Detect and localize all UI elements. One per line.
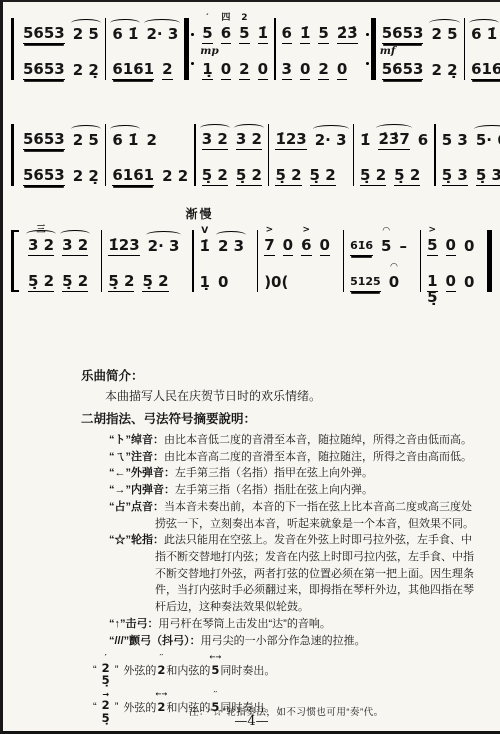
- repeat-dot: [191, 62, 194, 65]
- measure: 61̇52̇3̇3020: [276, 18, 364, 80]
- note-group: 5: [318, 26, 328, 44]
- note-ornament: 四: [221, 14, 230, 23]
- measure: 6 1̇261612 2: [465, 18, 500, 80]
- note-group: 1̇: [300, 26, 310, 44]
- note-group: 7>: [264, 238, 274, 256]
- note-group: 0: [337, 62, 347, 80]
- fraction-top: 2: [102, 699, 110, 711]
- intro-section: 乐曲简介： 本曲描写人民在庆贺节日时的欢乐情绪。: [81, 366, 470, 404]
- quote-close: ”: [115, 662, 119, 679]
- note-group: 6 1̇: [471, 27, 497, 44]
- top-voice: 56532 5: [382, 20, 458, 44]
- music-system: 3 2三3 25̣ 25̣ 21̇232· 35̣ 25̣ 2渐慢1̇V2 31…: [11, 230, 492, 292]
- note-group: 6161: [471, 62, 500, 80]
- barline-final: [489, 230, 493, 292]
- note-group: 2 2: [162, 169, 188, 186]
- legend-item-label: “↑”击弓：: [109, 618, 159, 630]
- note-group: 5653: [382, 26, 424, 44]
- music-system: 56532 556532 2̣6 1̇2· 361612mp5′6四521̇1̣…: [11, 18, 492, 80]
- legend-item-waitan: “←”外弹音：左手第三指（名指）指甲在弦上向外弹。: [109, 465, 478, 482]
- music-notation: 56532 556532 2̣6 1̇2· 361612mp5′6四521̇1̣…: [11, 18, 492, 336]
- note-group: 3 2: [62, 238, 88, 256]
- note-group: 6四: [221, 26, 231, 44]
- note-group: 3 2: [236, 132, 262, 150]
- note-group: 5653: [23, 168, 65, 186]
- slur: [110, 125, 140, 133]
- top-voice: 6 1̇2: [471, 20, 500, 44]
- note-group: 2 2̣: [73, 63, 99, 80]
- page-number: —4—: [3, 714, 500, 729]
- bottom-voice: 56532 2̣: [382, 56, 458, 80]
- note-group: 2 5: [73, 133, 99, 150]
- note-group: 5̣ 2: [360, 168, 386, 186]
- bottom-voice: 5̣ 25̣ 2: [28, 268, 95, 292]
- slur: [71, 125, 101, 133]
- note-group: 3 2三: [28, 238, 54, 256]
- note-group: 2 5: [73, 27, 99, 44]
- note-group: 0: [446, 238, 456, 256]
- note-group: 1̇23: [275, 132, 306, 150]
- note-group: 5>: [427, 238, 437, 256]
- note-group: 2: [162, 62, 172, 80]
- note-group: 5653: [382, 62, 424, 80]
- note-group: 5̣ 3: [442, 168, 468, 186]
- note-group: 5653: [23, 62, 65, 80]
- legend-item-desc: 当本音未奏出前，本音的下一指在弦上比本音高二度或高三度处捞弦一下，立刻奏出本音，…: [155, 501, 474, 530]
- measure: 6 1̇2· 361612: [106, 18, 184, 80]
- legend-item-lunzhi: “☆”轮指：此法只能用在空弦上。发音在外弦上时即弓拉外弦，左手食、中指不断交替地…: [109, 532, 478, 616]
- legend-item-desc: 左手第三指（名指）指肚在弦上向内弹。: [175, 484, 373, 496]
- note-ornament: ◠: [390, 263, 397, 272]
- bottom-voice: 5̣ 25̣ 2: [202, 162, 262, 186]
- number-mark: ←→: [155, 691, 167, 698]
- note-group: 6161: [112, 168, 154, 186]
- legend-item-desc: 由比本音低二度的音滑至本音，随拉随绰，所得之音由低而高。: [164, 434, 472, 446]
- measure: 3 23 25̣ 25̣ 2: [196, 124, 268, 186]
- legend-item-jigong: “↑”击弓：用弓杆在琴筒上击发出“达”的音响。: [109, 616, 478, 633]
- note-ornament: 2: [241, 14, 247, 23]
- top-voice: 61̇52̇3̇: [282, 20, 358, 44]
- legend-item-chuo: “ト”绰音：由比本音低二度的音滑至本音，随拉随绰，所得之音由低而高。: [109, 432, 478, 449]
- repeat-dot: [366, 62, 369, 65]
- slur: [234, 124, 264, 132]
- measure: 3 2三3 25̣ 25̣ 2: [22, 230, 101, 292]
- note-group: 5̣ 2: [275, 168, 301, 186]
- bottom-voice: 5̣ 25̣ 2: [360, 162, 428, 186]
- note-group: 5· 6: [476, 133, 500, 150]
- dynamic-marking: mf: [380, 45, 396, 57]
- top-voice: 5 35· 6: [442, 126, 500, 150]
- marked-number: ′′2: [156, 662, 166, 679]
- note-group: 6̇1̇6̇: [350, 240, 373, 256]
- legend-item-desc: 用弓杆在琴筒上击发出“达”的音响。: [159, 618, 331, 630]
- note-group: 1̣: [200, 275, 210, 292]
- top-voice: 3 2三3 2: [28, 232, 95, 256]
- note-group: 2 2̣: [73, 169, 99, 186]
- legend-item-changong: “///”颤弓（抖弓）：用弓尖的一小部分作急速的拉推。: [109, 633, 478, 650]
- intro-body: 本曲描写人民在庆贺节日时的欢乐情绪。: [81, 387, 470, 404]
- system-bracket: [11, 230, 19, 292]
- note-group: 2· 3: [148, 239, 180, 256]
- slur: [469, 19, 499, 27]
- note-group: 0: [464, 239, 474, 256]
- legend-item-label: “///”颤弓（抖弓）：: [109, 635, 201, 647]
- number-mark: ′′: [214, 691, 218, 698]
- music-system: 56532 556532 2̣6 1̇261612 23 23 25̣ 25̣ …: [11, 124, 492, 186]
- legend-item-label: “☆”轮指：: [109, 534, 164, 546]
- note-group: 6: [418, 133, 428, 150]
- note-group: 5 3: [442, 133, 468, 150]
- bottom-voice: 56532 2̣: [23, 162, 99, 186]
- legend-item-desc: 由比本音高二度的音滑至本音，随拉随注，所得之音由高而低。: [164, 451, 472, 463]
- note-lower: 5̣: [427, 290, 437, 305]
- top-voice: 56532 5: [23, 126, 99, 150]
- note-group: 0: [221, 62, 231, 80]
- note-group: 5◠: [381, 239, 391, 256]
- note-ornament: V: [201, 227, 208, 236]
- note-group: 5653: [23, 132, 65, 150]
- slur: [144, 19, 180, 27]
- note-group: 5653: [23, 26, 65, 44]
- bottom-voice: 5̣ 35̣ 3: [442, 162, 500, 186]
- note-group: 5̣ 2: [108, 274, 134, 292]
- slur: [110, 19, 140, 27]
- note-group: 52: [239, 26, 249, 44]
- top-voice: 6̇1̇6̇5◠–: [350, 232, 414, 256]
- note-ornament: >: [266, 226, 274, 235]
- note-ornament: >: [303, 226, 311, 235]
- legend-item-label: “←”外弹音：: [109, 467, 175, 479]
- measure: mp5′6四521̇1̣020: [196, 18, 274, 80]
- slur: [216, 231, 246, 239]
- note-group: 2: [318, 62, 328, 80]
- legend-item-desc: 用弓尖的一小部分作急速的拉推。: [201, 635, 366, 647]
- dynamic-marking: mp: [200, 45, 218, 57]
- note-group: 2· 3: [146, 27, 178, 44]
- note-ornament: >: [429, 226, 437, 235]
- note-group: 6>: [301, 238, 311, 256]
- note-group: 5̣ 2: [142, 274, 168, 292]
- note-group: 6 1̇: [112, 27, 138, 44]
- measure: mf56532 556532 2̣: [376, 18, 464, 80]
- measure: 1̇2̇3̇765̣ 25̣ 2: [354, 124, 434, 186]
- measure: 6 1̇261612 2: [106, 124, 194, 186]
- system-bracket: [11, 124, 14, 186]
- bottom-voice: )0(: [264, 268, 336, 292]
- tempo-marking: 渐慢: [186, 205, 214, 222]
- slur: [474, 125, 500, 133]
- number-mark: ′′: [160, 654, 164, 661]
- measure: 56532 556532 2̣: [17, 124, 105, 186]
- slur: [313, 125, 349, 133]
- double-stop-item-1: “ ′ 2 5̣ ” 外弦的′′2和内弦的←→5同时奏出。: [93, 654, 478, 686]
- double-stop-fraction: ′ 2 5̣: [102, 654, 110, 686]
- top-voice: 5>00: [427, 232, 481, 256]
- note-group: 5̣ 2: [236, 168, 262, 186]
- bottom-voice: 56532 2̣: [23, 56, 99, 80]
- intro-heading: 乐曲简介：: [81, 366, 470, 384]
- slur: [60, 230, 90, 238]
- legend-item-zhu: “ㄟ”注音：由比本音高二度的音滑至本音，随拉随注，所得之音由高而低。: [109, 449, 478, 466]
- legend-heading: 二胡指法、弓法符号摘要說明：: [81, 410, 478, 429]
- legend-item-label: “ㄟ”注音：: [109, 451, 164, 463]
- note-group: 2 2̣: [431, 63, 457, 80]
- repeat-dot: [366, 33, 369, 36]
- measure: 7>06>0)0(: [258, 230, 342, 292]
- bottom-voice: 61612: [112, 56, 178, 80]
- bottom-voice: 61612 2: [112, 162, 188, 186]
- measure: 1̇232· 35̣ 25̣ 2: [102, 230, 192, 292]
- legend-item-label: “→”内弹音：: [109, 484, 175, 496]
- top-voice: 3 23 2: [202, 126, 262, 150]
- slur: [71, 19, 101, 27]
- note-group: –: [399, 239, 407, 256]
- note-group: 2̇3̇: [337, 26, 358, 44]
- bottom-voice: 15̣00: [427, 268, 481, 292]
- marked-number: ←→5: [210, 662, 220, 679]
- bottom-voice: 1̣0: [200, 268, 251, 292]
- repeat-dots: [364, 18, 371, 80]
- legend-section: 二胡指法、弓法符号摘要說明： “ト”绰音：由比本音低二度的音滑至本音，随拉随绰，…: [81, 410, 478, 724]
- bottom-voice: 3020: [282, 56, 358, 80]
- note-group: 6161: [112, 62, 154, 80]
- measure: 6̇1̇6̇5◠–51250◠: [344, 230, 420, 292]
- top-voice: 6 1̇2: [112, 126, 188, 150]
- note-group: 0: [218, 275, 228, 292]
- note-group: 0: [300, 62, 310, 80]
- note-group: 2: [239, 62, 249, 80]
- note-group: 2: [146, 133, 156, 150]
- legend-item-desc: 此法只能用在空弦上。发音在外弦上时即弓拉外弦，左手食、中指不断交替地打内弦；发音…: [155, 534, 474, 613]
- legend-item-desc: 左手第三指（名指）指甲在弦上向外弹。: [175, 467, 373, 479]
- legend-item-label: “ト”绰音：: [109, 434, 164, 446]
- legend-item-neitan: “→”内弹音：左手第三指（名指）指肚在弦上向内弹。: [109, 482, 478, 499]
- note-group: 3: [282, 62, 292, 80]
- note-group: 0: [258, 62, 268, 80]
- measure: 56532 556532 2̣: [17, 18, 105, 80]
- note-group: 3 2: [202, 132, 228, 150]
- slur: [26, 230, 56, 238]
- note-group: 5̣ 3: [476, 168, 500, 186]
- top-voice: 7>06>0: [264, 232, 336, 256]
- bottom-voice: 1̣020: [202, 56, 268, 80]
- sheet-music-page: 56532 556532 2̣6 1̇2· 361612mp5′6四521̇1̣…: [0, 0, 500, 734]
- note-ornament: ′: [206, 14, 208, 23]
- note-group: 0: [320, 238, 330, 256]
- note-group: 5̣ 2: [310, 168, 336, 186]
- note-group: )0(: [264, 275, 288, 292]
- note-group: 2̇3̇7: [378, 132, 409, 150]
- bottom-voice: 5̣ 25̣ 2: [108, 268, 186, 292]
- top-voice: 1̇2̇3̇76: [360, 126, 428, 150]
- note-group: 0: [446, 274, 456, 292]
- top-voice: 5′6四521̇: [202, 20, 268, 44]
- top-voice: 6 1̇2· 3: [112, 20, 178, 44]
- slur: [146, 231, 182, 239]
- measure: 5 35· 65̣ 35̣ 3: [436, 124, 500, 186]
- note-group: 1̇V: [200, 239, 210, 256]
- bottom-voice: 61612 2: [471, 56, 500, 80]
- note-group: 0◠: [389, 275, 399, 292]
- note-group: 0: [283, 238, 293, 256]
- repeat-dot: [191, 33, 194, 36]
- system-bracket: [11, 18, 14, 80]
- slur: [429, 19, 459, 27]
- top-voice: 1̇232· 3: [275, 126, 346, 150]
- note-group: 1̇: [258, 26, 268, 44]
- note-group: 5̣ 2: [62, 274, 88, 292]
- slur: [200, 124, 230, 132]
- note-group: 0: [464, 275, 474, 292]
- note-group: 5̣ 2: [202, 168, 228, 186]
- legend-item-dianyin: “占”点音：当本音未奏出前，本音的下一指在弦上比本音高二度或高三度处捞弦一下，立…: [109, 499, 478, 532]
- note-group: 1̣: [202, 62, 212, 80]
- bottom-voice: 51250◠: [350, 268, 414, 292]
- note-group: 1̇: [360, 133, 370, 150]
- measure: 1̇232· 35̣ 25̣ 2: [269, 124, 352, 186]
- number-mark: ←→: [210, 654, 222, 661]
- note-group: 15̣: [427, 274, 437, 292]
- bottom-voice: 5̣ 25̣ 2: [275, 162, 346, 186]
- note-group: 2· 3: [315, 133, 347, 150]
- note-group: 5̣ 2: [394, 168, 420, 186]
- measure: 渐慢1̇V2 31̣0: [194, 230, 257, 292]
- fraction-bottom: 5̣: [102, 674, 110, 686]
- note-group: 2 5: [431, 27, 457, 44]
- note-ornament: ◠: [383, 227, 390, 236]
- note-group: 6: [282, 26, 292, 44]
- note-group: 5125: [350, 276, 381, 292]
- note-group: 5̣ 2: [28, 274, 54, 292]
- double-stop-text: 外弦的′′2和内弦的←→5同时奏出。: [123, 662, 275, 680]
- measure: 5>0015̣00: [421, 230, 487, 292]
- quote-open: “: [93, 662, 97, 679]
- top-voice: 1̇232· 3: [108, 232, 186, 256]
- slur: [376, 124, 411, 132]
- legend-item-label: “占”点音：: [109, 501, 164, 513]
- top-voice: 56532 5: [23, 20, 99, 44]
- note-group: 2 3: [218, 239, 244, 256]
- note-group: 6 1̇: [112, 133, 138, 150]
- note-group: 5′: [202, 26, 212, 44]
- note-group: 1̇23: [108, 238, 139, 256]
- repeat-dots: [189, 18, 196, 80]
- top-voice: 1̇V2 3: [200, 232, 251, 256]
